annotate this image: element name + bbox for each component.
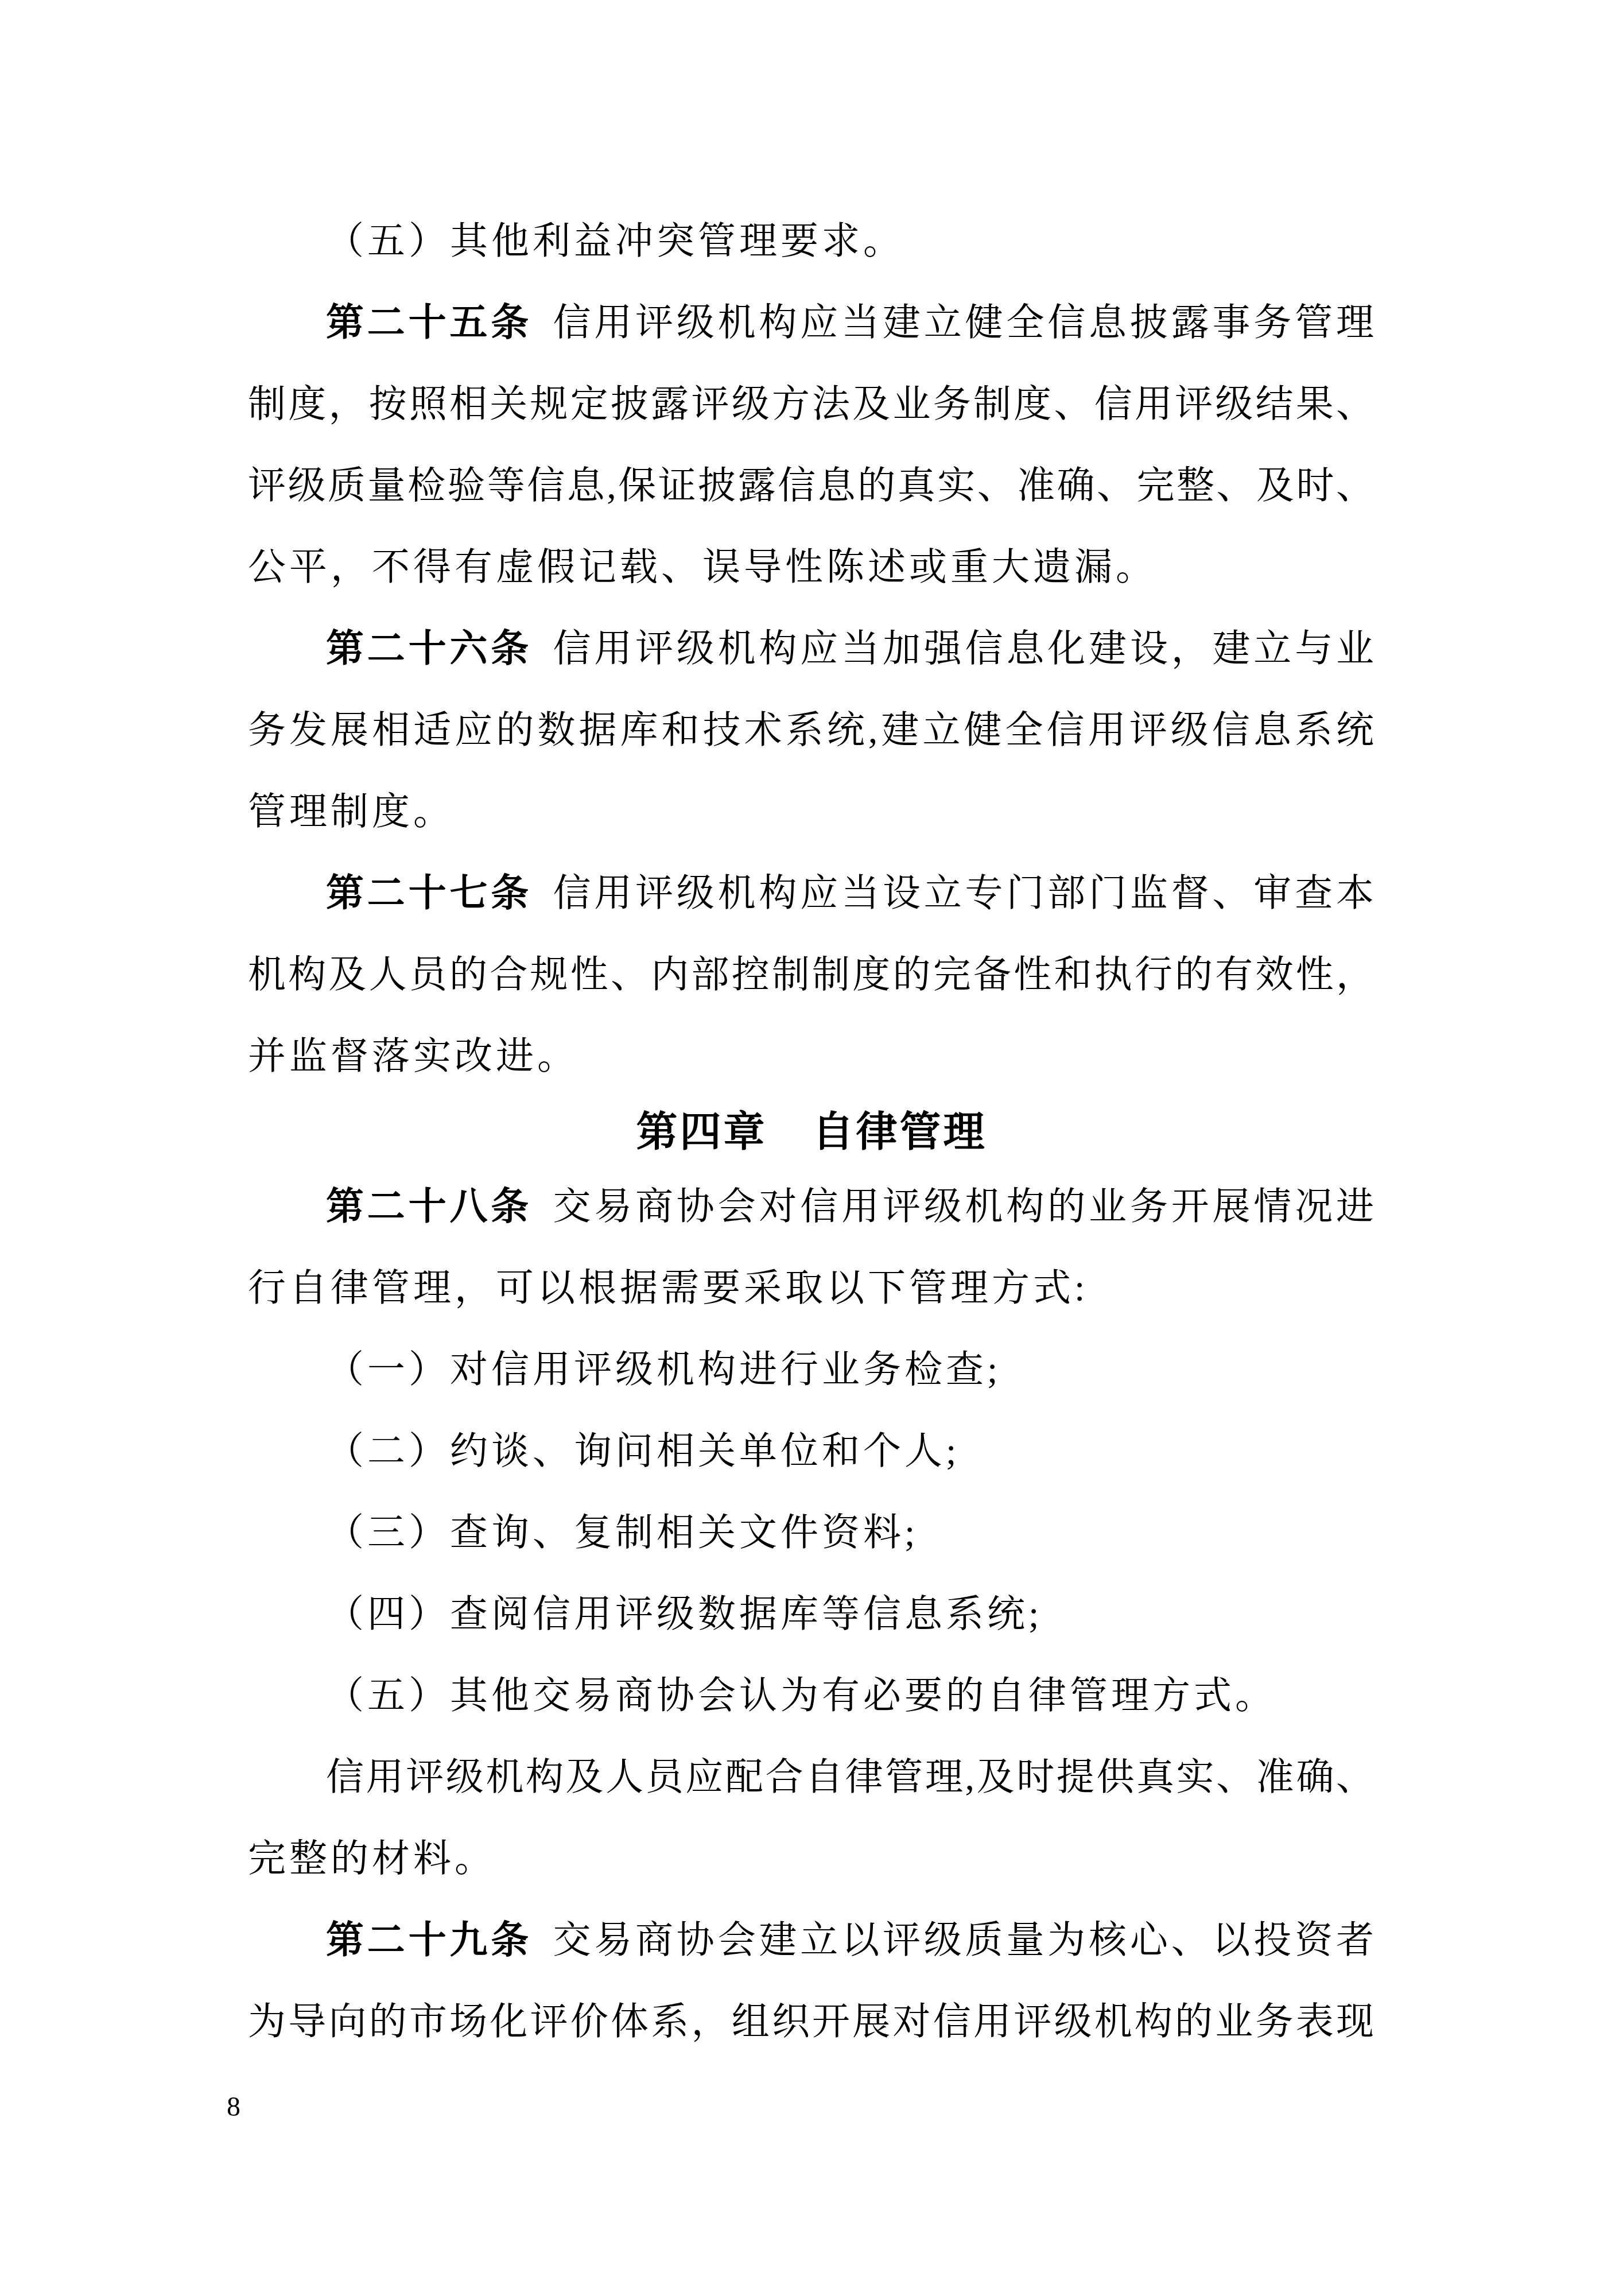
chapter-title: 自律管理 <box>813 1109 987 1155</box>
text-line: （五）其他交易商协会认为有必要的自律管理方式。 <box>248 1655 1375 1737</box>
line-text: 为导向的市场化评价体系，组织开展对信用评级机构的业务表现 <box>248 2001 1375 2043</box>
article-number: 第二十八条 <box>326 1186 532 1228</box>
text-line: 评级质量检验等信息,保证披露信息的真实、准确、完整、及时、 <box>248 445 1375 527</box>
document-body: （五）其他利益冲突管理要求。第二十五条信用评级机构应当建立健全信息披露事务管理制… <box>248 201 1375 2063</box>
line-text: 评级质量检验等信息,保证披露信息的真实、准确、完整、及时、 <box>248 465 1375 507</box>
text-line: 第二十九条交易商协会建立以评级质量为核心、以投资者 <box>248 1900 1375 1981</box>
line-text: 管理制度。 <box>248 791 455 833</box>
text-line: 信用评级机构及人员应配合自律管理,及时提供真实、准确、 <box>248 1737 1375 1818</box>
text-line: 并监督落实改进。 <box>248 1016 1375 1097</box>
text-line: 第二十八条交易商协会对信用评级机构的业务开展情况进 <box>248 1166 1375 1248</box>
line-text: （四）查阅信用评级数据库等信息系统; <box>326 1593 1042 1635</box>
line-text: 制度，按照相关规定披露评级方法及业务制度、信用评级结果、 <box>248 383 1375 425</box>
text-line: （二）约谈、询问相关单位和个人; <box>248 1411 1375 1492</box>
line-text: （二）约谈、询问相关单位和个人; <box>326 1430 960 1472</box>
article-number: 第二十五条 <box>326 302 532 344</box>
text-line: 行自律管理，可以根据需要采取以下管理方式: <box>248 1248 1375 1329</box>
text-line: （三）查询、复制相关文件资料; <box>248 1492 1375 1574</box>
line-text: 机构及人员的合规性、内部控制制度的完备性和执行的有效性， <box>248 954 1375 996</box>
text-line: 制度，按照相关规定披露评级方法及业务制度、信用评级结果、 <box>248 364 1375 445</box>
article-number: 第二十九条 <box>326 1919 532 1961</box>
text-line: （一）对信用评级机构进行业务检查; <box>248 1329 1375 1411</box>
line-text: 信用评级机构应当加强信息化建设，建立与业 <box>553 628 1375 670</box>
line-text: （一）对信用评级机构进行业务检查; <box>326 1349 1001 1391</box>
line-text: 信用评级机构及人员应配合自律管理,及时提供真实、准确、 <box>326 1756 1375 1798</box>
text-line: （四）查阅信用评级数据库等信息系统; <box>248 1574 1375 1655</box>
line-text: 信用评级机构应当建立健全信息披露事务管理 <box>553 302 1375 344</box>
text-line: 第二十七条信用评级机构应当设立专门部门监督、审查本 <box>248 853 1375 934</box>
chapter-heading: 第四章自律管理 <box>248 1097 1375 1166</box>
text-line: 务发展相适应的数据库和技术系统,建立健全信用评级信息系统 <box>248 690 1375 771</box>
text-line: （五）其他利益冲突管理要求。 <box>248 201 1375 282</box>
text-line: 管理制度。 <box>248 771 1375 853</box>
article-number: 第二十七条 <box>326 872 532 914</box>
line-text: 交易商协会对信用评级机构的业务开展情况进 <box>553 1186 1375 1228</box>
text-line: 机构及人员的合规性、内部控制制度的完备性和执行的有效性， <box>248 934 1375 1016</box>
line-text: （三）查询、复制相关文件资料; <box>326 1512 918 1554</box>
text-line: 为导向的市场化评价体系，组织开展对信用评级机构的业务表现 <box>248 1981 1375 2063</box>
text-line: 第二十六条信用评级机构应当加强信息化建设，建立与业 <box>248 608 1375 690</box>
line-text: 行自律管理，可以根据需要采取以下管理方式: <box>248 1267 1088 1309</box>
text-line: 公平，不得有虚假记载、误导性陈述或重大遗漏。 <box>248 527 1375 608</box>
line-text: 交易商协会建立以评级质量为核心、以投资者 <box>553 1919 1375 1961</box>
document-page: （五）其他利益冲突管理要求。第二十五条信用评级机构应当建立健全信息披露事务管理制… <box>0 0 1623 2296</box>
line-text: （五）其他利益冲突管理要求。 <box>326 220 904 262</box>
text-line: 第二十五条信用评级机构应当建立健全信息披露事务管理 <box>248 282 1375 364</box>
line-text: 信用评级机构应当设立专门部门监督、审查本 <box>553 872 1375 914</box>
article-number: 第二十六条 <box>326 628 532 670</box>
line-text: 公平，不得有虚假记载、误导性陈述或重大遗漏。 <box>248 546 1157 588</box>
chapter-label: 第四章 <box>636 1109 767 1155</box>
page-number: 8 <box>227 2092 240 2122</box>
line-text: （五）其他交易商协会认为有必要的自律管理方式。 <box>326 1675 1276 1717</box>
line-text: 务发展相适应的数据库和技术系统,建立健全信用评级信息系统 <box>248 709 1375 751</box>
line-text: 并监督落实改进。 <box>248 1035 578 1077</box>
line-text: 完整的材料。 <box>248 1838 496 1880</box>
text-line: 完整的材料。 <box>248 1818 1375 1900</box>
